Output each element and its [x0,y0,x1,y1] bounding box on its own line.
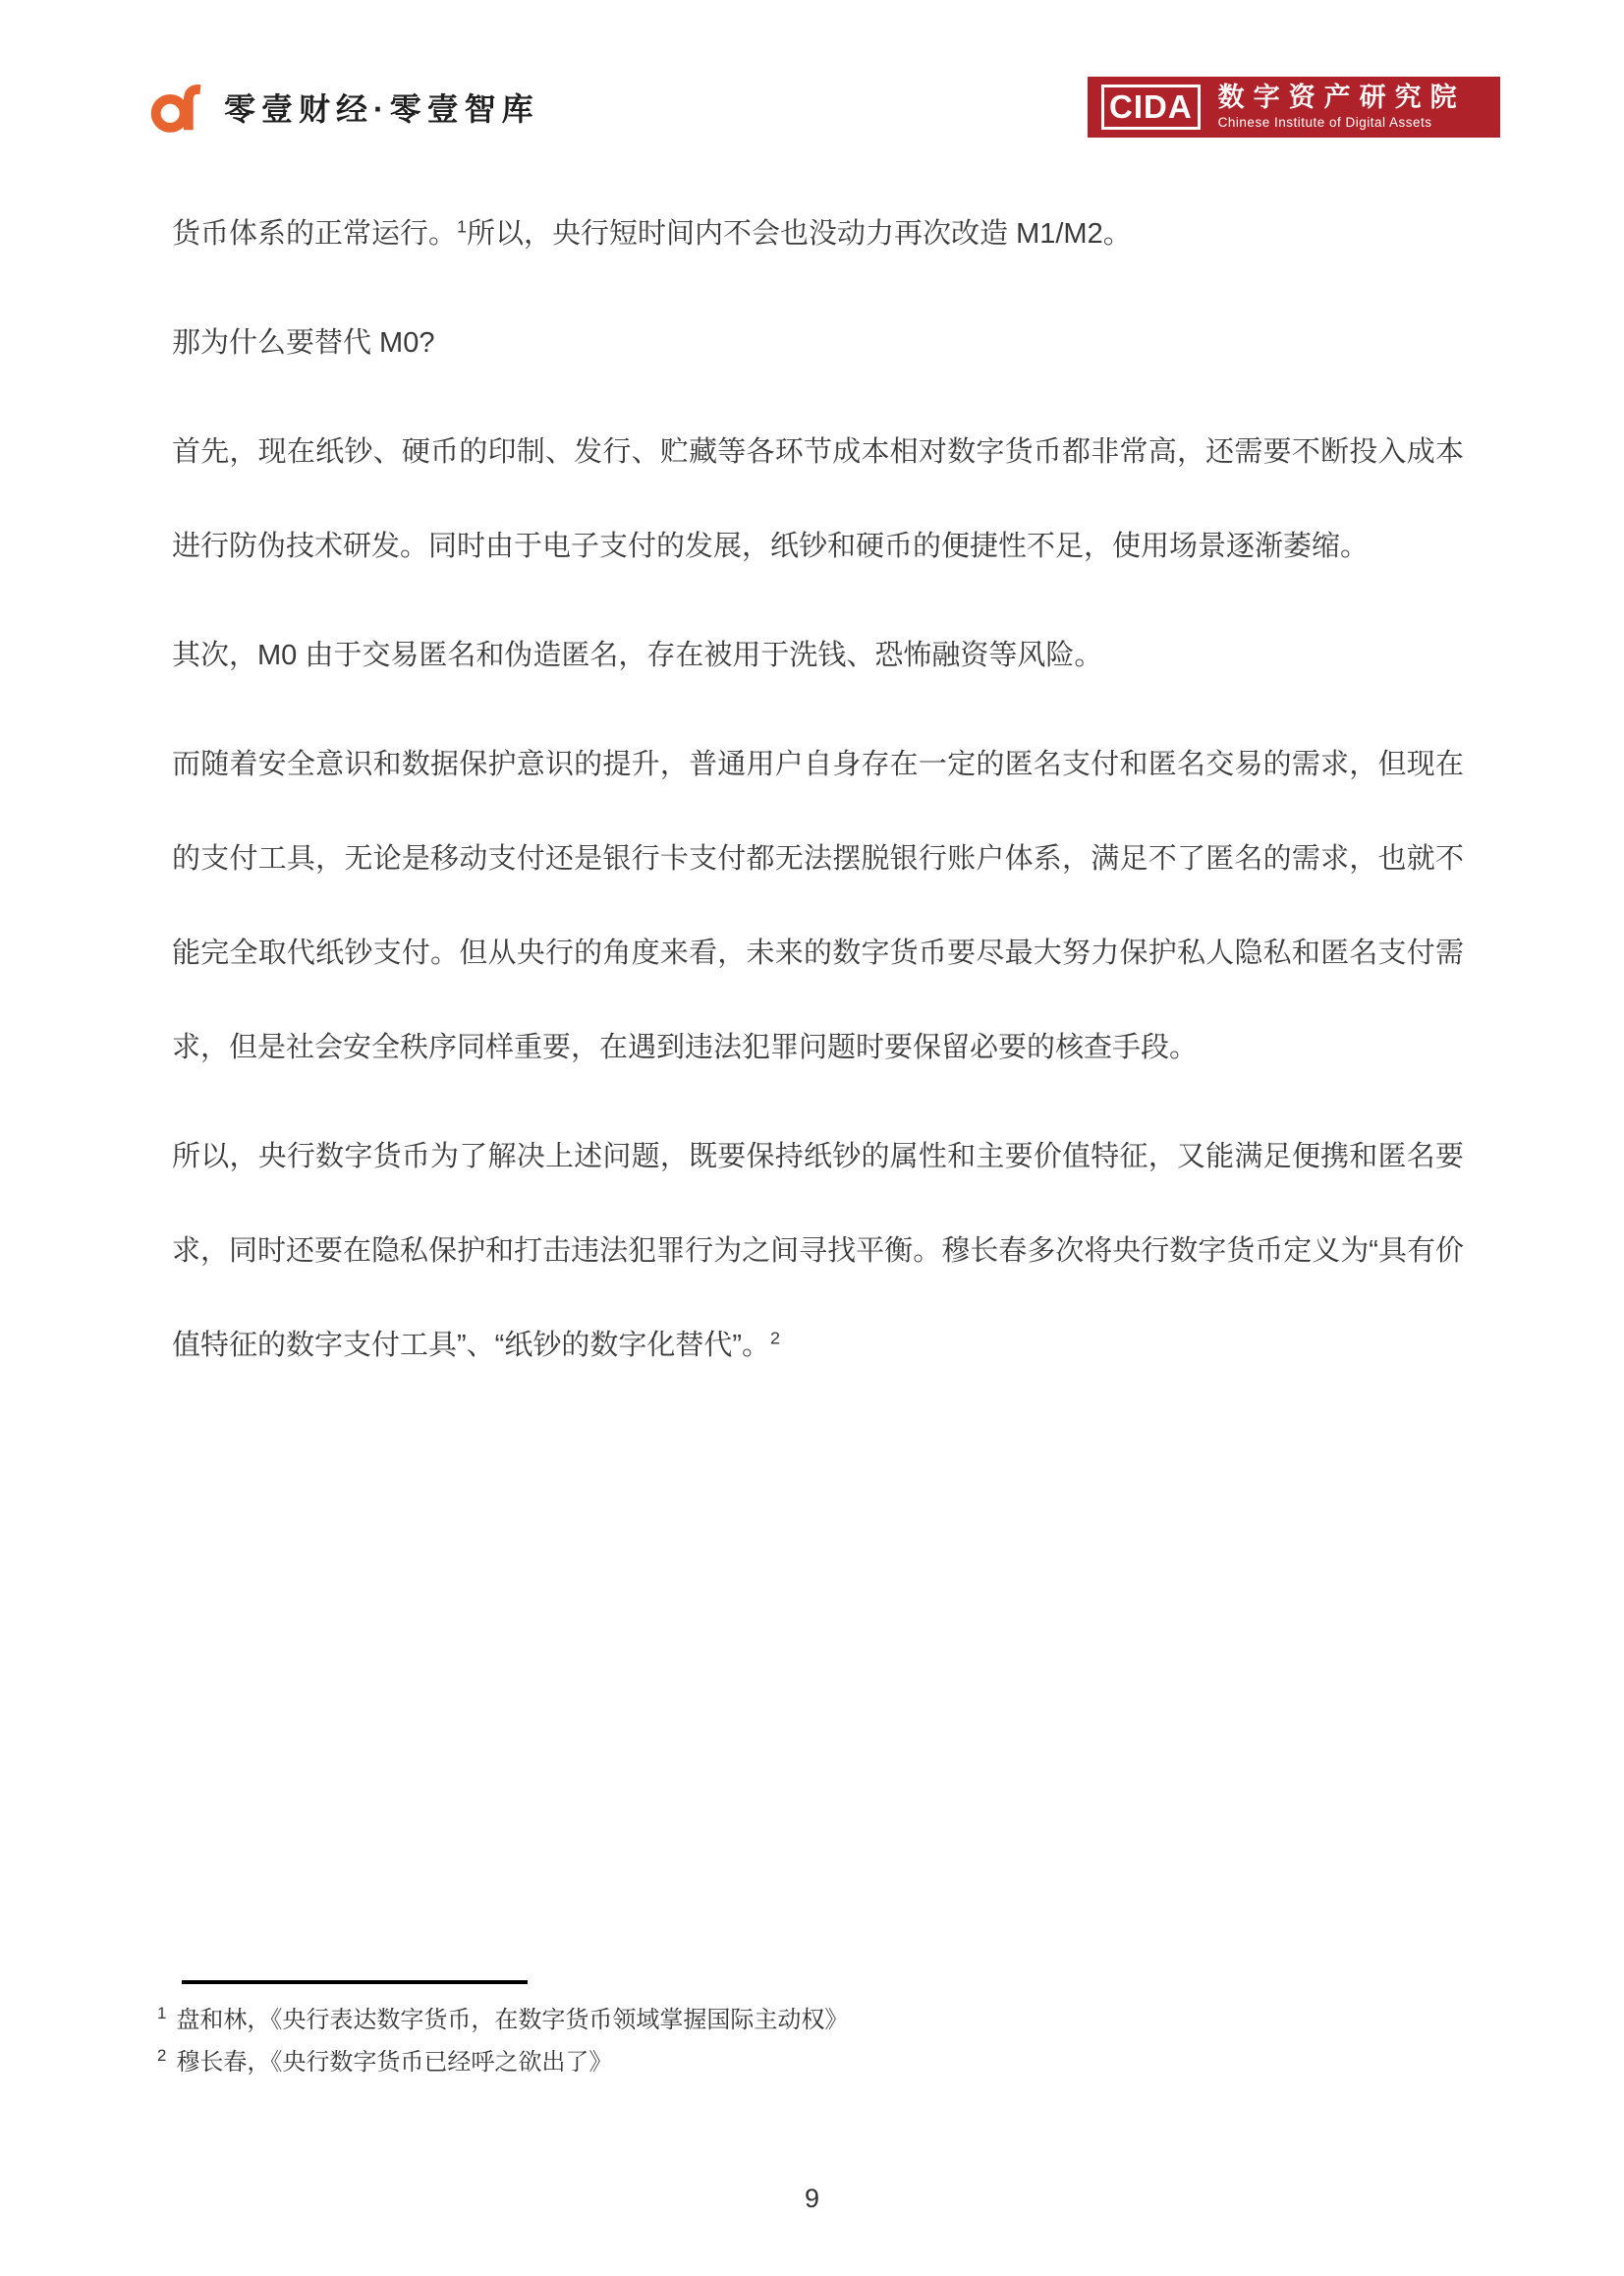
footnote-1-text: 盘和林，《央行表达数字货币，在数字货币领域掌握国际主动权》 [176,2007,848,2033]
document-body: 货币体系的正常运行。1所以，央行短时间内不会也没动力再次改造 M1/M2。 那为… [172,187,1464,1407]
footnote-1-marker: 1 [157,2004,166,2022]
paragraph-1-text-cont: 所以，央行短时间内不会也没动力再次改造 M1/M2。 [467,218,1132,250]
paragraph-6: 所以，央行数字货币为了解决上述问题，既要保持纸钞的属性和主要价值特征，又能满足便… [172,1110,1464,1393]
page-number: 9 [0,2184,1624,2214]
cida-title-en: Chinese Institute of Digital Assets [1218,116,1466,131]
footnote-separator [182,1980,528,1984]
cida-acronym: CIDA [1101,85,1201,130]
footnote-ref-2: 2 [770,1328,780,1347]
footnote-2: 2穆长春，《央行数字货币已经呼之欲出了》 [157,2041,1464,2083]
paragraph-2: 那为什么要替代 M0? [172,296,1464,390]
footnote-ref-1: 1 [457,216,467,236]
paragraph-5-text: 而随着安全意识和数据保护意识的提升，普通用户自身存在一定的匿名支付和匿名交易的需… [172,749,1464,1063]
cida-title-cn: 数字资产研究院 [1218,84,1466,113]
cida-title-block: 数字资产研究院 Chinese Institute of Digital Ass… [1218,84,1466,131]
paragraph-4: 其次，M0 由于交易匿名和伪造匿名，存在被用于洗钱、恐怖融资等风险。 [172,608,1464,703]
footnote-2-marker: 2 [157,2046,166,2065]
paragraph-4-text: 其次，M0 由于交易匿名和伪造匿名，存在被用于洗钱、恐怖融资等风险。 [172,640,1102,671]
paragraph-6-text: 所以，央行数字货币为了解决上述问题，既要保持纸钞的属性和主要价值特征，又能满足便… [172,1141,1464,1361]
document-page: 零壹财经·零壹智库 CIDA 数字资产研究院 Chinese Institute… [0,0,1624,2276]
paragraph-5: 而随着安全意识和数据保护意识的提升，普通用户自身存在一定的匿名支付和匿名交易的需… [172,717,1464,1095]
footnotes: 1盘和林，《央行表达数字货币，在数字货币领域掌握国际主动权》 2穆长春，《央行数… [157,1999,1464,2083]
zeroone-logo-text: 零壹财经·零壹智库 [224,85,539,130]
zeroone-alpha-icon [147,79,204,136]
paragraph-2-text: 那为什么要替代 M0? [172,327,434,359]
paragraph-3-text: 首先，现在纸钞、硬币的印制、发行、贮藏等各环节成本相对数字货币都非常高，还需要不… [172,436,1464,562]
paragraph-3: 首先，现在纸钞、硬币的印制、发行、贮藏等各环节成本相对数字货币都非常高，还需要不… [172,405,1464,594]
paragraph-1: 货币体系的正常运行。1所以，央行短时间内不会也没动力再次改造 M1/M2。 [172,187,1464,281]
footnote-1: 1盘和林，《央行表达数字货币，在数字货币领域掌握国际主动权》 [157,1999,1464,2041]
paragraph-1-text: 货币体系的正常运行。 [172,218,457,250]
footnote-2-text: 穆长春，《央行数字货币已经呼之欲出了》 [176,2049,612,2076]
zeroone-logo: 零壹财经·零壹智库 [147,79,539,136]
cida-banner: CIDA 数字资产研究院 Chinese Institute of Digita… [1088,77,1500,138]
